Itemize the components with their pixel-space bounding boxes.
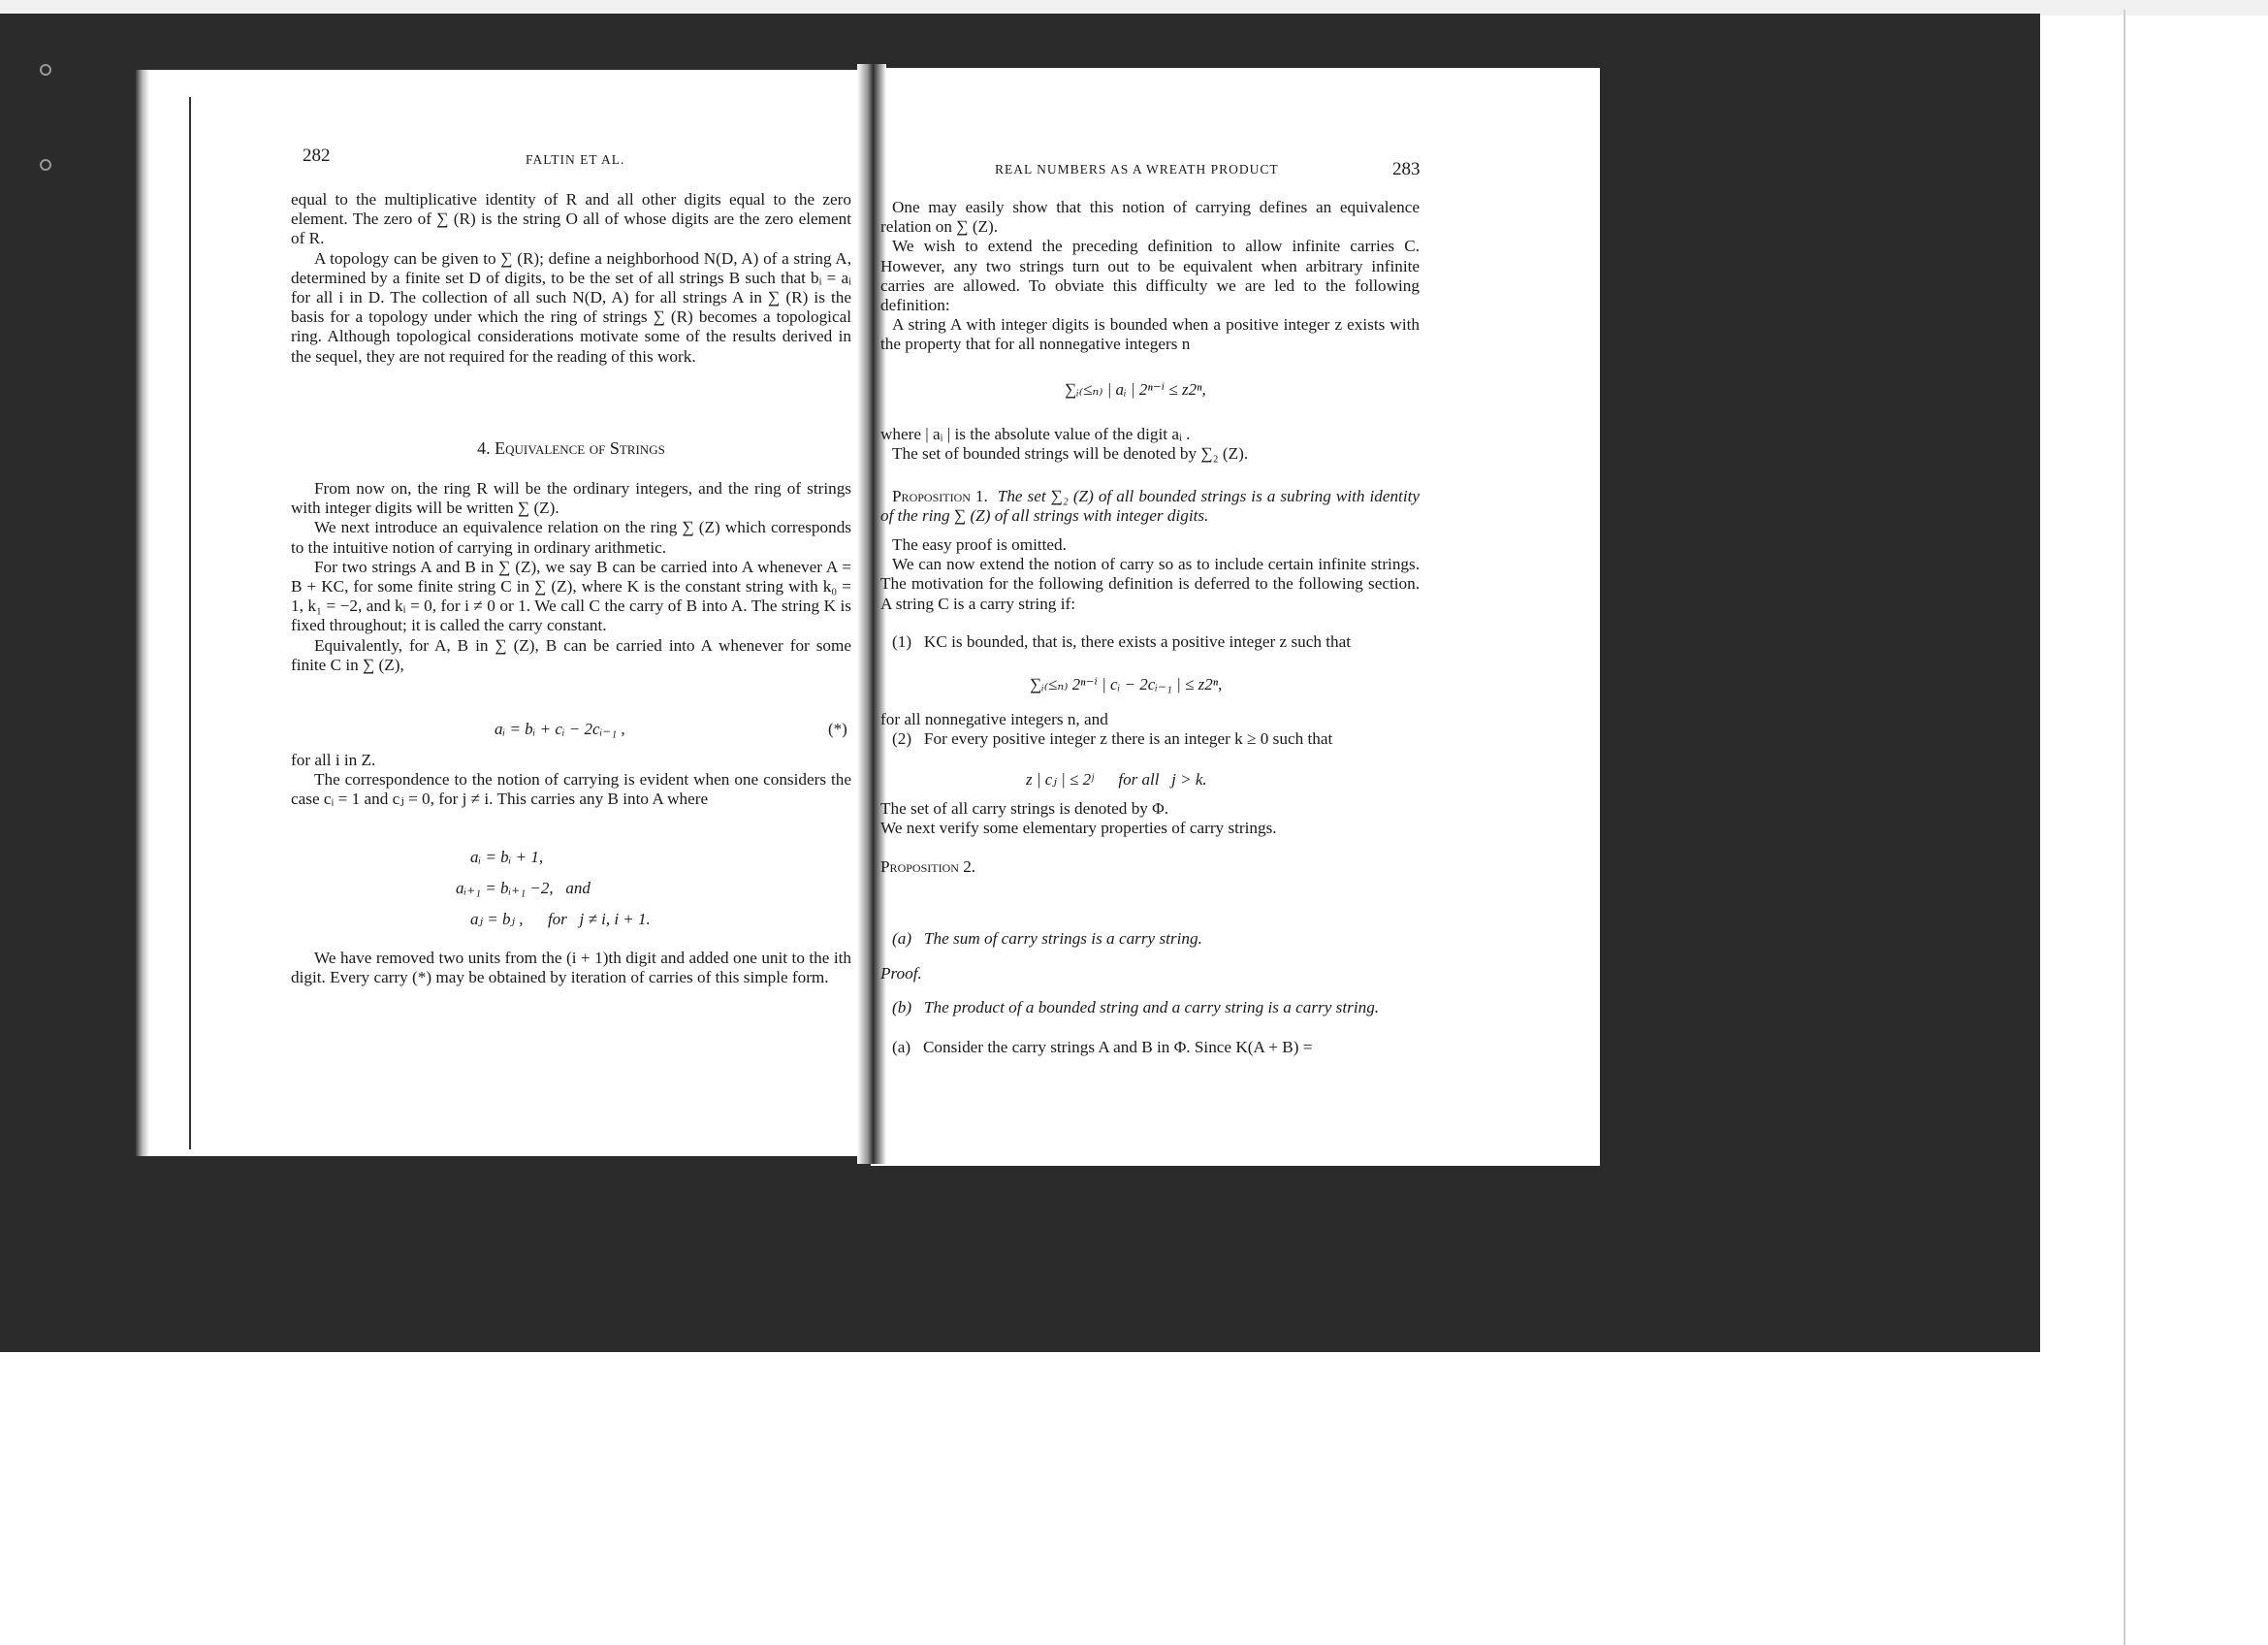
binder-hole-icon — [40, 159, 51, 171]
condition-2: for all nonnegative integers n, and (2) … — [880, 710, 1420, 749]
equation-carry: ∑ᵢ₍≤ₙ₎ 2ⁿ⁻ⁱ | cᵢ − 2cᵢ₋₁ | ≤ z2ⁿ, — [1030, 675, 1222, 694]
proof-a: (a) Consider the carry strings A and B i… — [880, 999, 1420, 1078]
equation-line: aᵢ = bᵢ + 1, — [470, 848, 543, 867]
scan-right-edge — [2124, 10, 2125, 1645]
condition-1: (1) KC is bounded, that is, there exists… — [880, 632, 1420, 652]
section-body: From now on, the ring R will be the ordi… — [291, 479, 851, 675]
paragraph: The set of all carry strings is denoted … — [880, 799, 1420, 819]
closing-paragraph: We have removed two units from the (i + … — [291, 949, 851, 987]
equation-bounded: ∑ᵢ₍≤ₙ₎ | aᵢ | 2ⁿ⁻ⁱ ≤ z2ⁿ, — [1065, 380, 1206, 400]
page-number-left: 282 — [303, 145, 331, 167]
carry-definition: The easy proof is omitted. We can now ex… — [880, 535, 1420, 614]
paragraph: For two strings A and B in ∑ (Z), we say… — [291, 558, 851, 636]
paragraph: The easy proof is omitted. — [880, 535, 1420, 555]
paragraph: A topology can be given to ∑ (R); define… — [291, 249, 851, 367]
equation-label: (*) — [828, 720, 847, 739]
equation-star: aᵢ = bᵢ + cᵢ − 2cᵢ₋₁ , — [495, 720, 625, 739]
after-equation: for all i in Z. The correspondence to th… — [291, 751, 851, 810]
running-head-left: FALTIN ET AL. — [526, 152, 624, 168]
paragraph: From now on, the ring R will be the ordi… — [291, 479, 851, 518]
paragraph: (a) Consider the carry strings A and B i… — [880, 1038, 1420, 1057]
paragraph: The correspondence to the notion of carr… — [291, 770, 851, 809]
paragraph: for all nonnegative integers n, and — [880, 710, 1420, 729]
paragraph: The set of bounded strings will be denot… — [880, 444, 1420, 464]
proposition-2-label: Proposition 2. — [880, 857, 1420, 877]
running-head-right: REAL NUMBERS AS A WREATH PRODUCT — [995, 162, 1279, 177]
proposition-label: Proposition 1. — [892, 487, 988, 505]
paragraph: We next verify some elementary propertie… — [880, 819, 1420, 838]
equation-condition-2: z | cⱼ | ≤ 2ʲ for all j > k. — [1026, 770, 1207, 790]
paragraph: (1) KC is bounded, that is, there exists… — [880, 632, 1420, 652]
left-page-edge — [136, 70, 149, 1156]
section-title: 4. Equivalence of Strings — [291, 438, 851, 459]
equation-line: aⱼ = bⱼ , for j ≠ i, i + 1. — [470, 910, 651, 929]
paragraph: We have removed two units from the (i + … — [291, 949, 851, 987]
paragraph: where | aᵢ | is the absolute value of th… — [880, 425, 1420, 444]
right-intro: One may easily show that this notion of … — [880, 198, 1420, 355]
paragraph: We wish to extend the preceding definiti… — [880, 237, 1420, 315]
paragraph: One may easily show that this notion of … — [880, 198, 1420, 237]
left-intro: equal to the multiplicative identity of … — [291, 190, 851, 367]
right-bounded: where | aᵢ | is the absolute value of th… — [880, 425, 1420, 464]
paragraph: (2) For every positive integer z there i… — [880, 729, 1420, 749]
binder-hole-icon — [40, 64, 51, 76]
equation-line: aᵢ₊₁ = bᵢ₊₁ −2, and — [456, 879, 591, 898]
paragraph: A string A with integer digits is bounde… — [880, 315, 1420, 354]
carry-set: The set of all carry strings is denoted … — [880, 799, 1420, 838]
paragraph: equal to the multiplicative identity of … — [291, 190, 851, 249]
paragraph: We next introduce an equivalence relatio… — [291, 518, 851, 557]
paragraph: Equivalently, for A, B in ∑ (Z), B can b… — [291, 636, 851, 675]
page-number-right: 283 — [1392, 159, 1421, 180]
proposition-item: (a) The sum of carry strings is a carry … — [880, 929, 1420, 949]
left-margin-rule — [189, 97, 191, 1149]
proof-label: Proof. — [880, 964, 1420, 984]
proposition-1: Proposition 1. The set ∑₂ (Z) of all bou… — [880, 487, 1420, 526]
paragraph: We can now extend the notion of carry so… — [880, 555, 1420, 614]
paragraph: for all i in Z. — [291, 751, 851, 770]
